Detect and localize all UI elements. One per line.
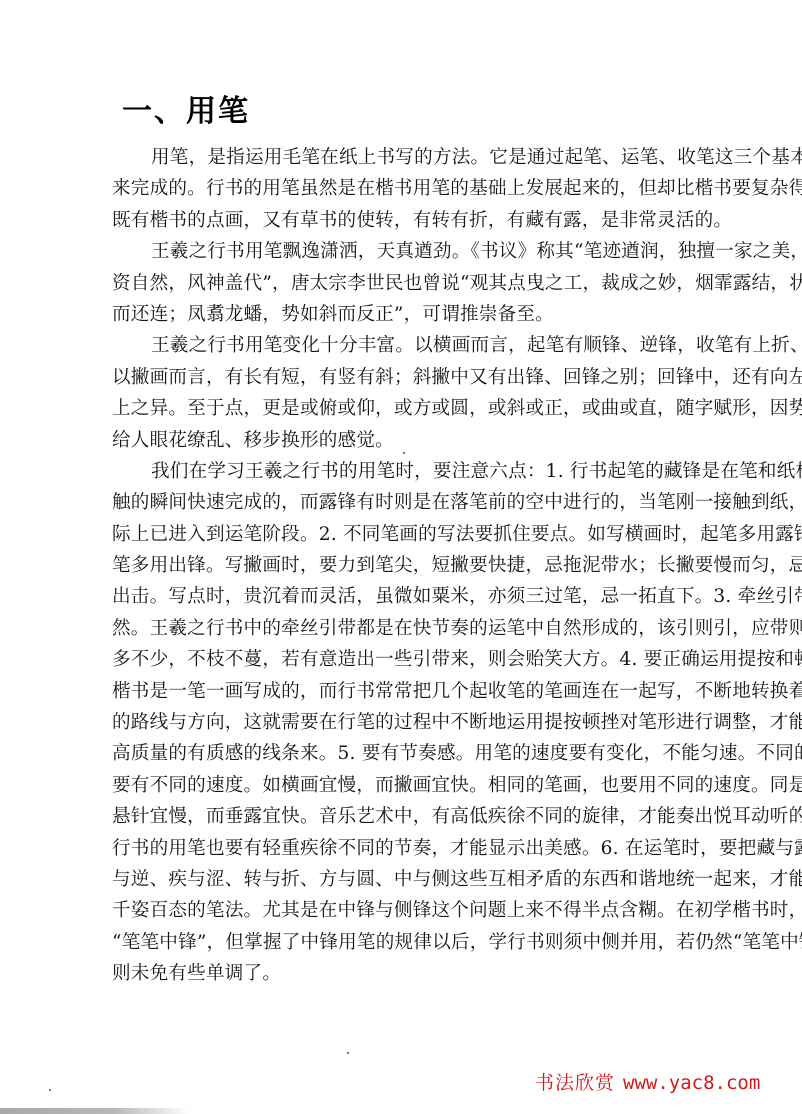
section-title: 一、用笔: [122, 86, 250, 130]
text-line: 行书的用笔也要有轻重疾徐不同的节奏，才能显示出美感。6. 在运笔时，要把藏与露、…: [112, 833, 780, 864]
text-line: 出击。写点时，贵沉着而灵活，虽微如粟米，亦须三过笔，忌一拓直下。3. 牵丝引带要…: [112, 581, 780, 612]
text-line: 际上已进入到运笔阶段。2. 不同笔画的写法要抓住要点。如写横画时，起笔多用露锋，…: [112, 519, 780, 550]
text-line: 王羲之行书用笔飘逸潇洒，天真遒劲。《书议》称其“笔迹遒润，独擅一家之美，天: [112, 236, 780, 267]
text-line: 我们在学习王羲之行书的用笔时，要注意六点：1. 行书起笔的藏锋是在笔和纸相接: [112, 456, 780, 487]
scan-speck: [214, 158, 216, 160]
text-line: 触的瞬间快速完成的，而露锋有时则是在落笔前的空中进行的，当笔刚一接触到纸，则实: [112, 487, 780, 518]
scan-edge-shadow: [0, 1108, 190, 1114]
text-line: “笔笔中锋”，但掌握了中锋用笔的规律以后，学行书则须中侧并用，若仍然“笔笔中锋”…: [112, 927, 780, 958]
text-line: 上之异。至于点，更是或俯或仰，或方或圆，或斜或正，或曲或直，随字赋形，因势变幻，: [112, 393, 780, 424]
text-line: 则未免有些单调了。: [112, 958, 780, 989]
text-line: 来完成的。行书的用笔虽然是在楷书用笔的基础上发展起来的，但却比楷书要复杂得多。它: [112, 173, 780, 204]
text-line: 以撇画而言，有长有短，有竖有斜；斜撇中又有出锋、回锋之别；回锋中，还有向左、向: [112, 362, 780, 393]
text-line: 的路线与方向，这就需要在行笔的过程中不断地运用提按顿挫对笔形进行调整，才能写出: [112, 707, 780, 738]
scan-speck: [49, 1089, 51, 1091]
text-line: 千姿百态的笔法。尤其是在中锋与侧锋这个问题上来不得半点含糊。在初学楷书时，必须: [112, 895, 780, 926]
text-line: 既有楷书的点画，又有草书的使转，有转有折，有藏有露，是非常灵活的。: [112, 205, 780, 236]
text-line: 楷书是一笔一画写成的，而行书常常把几个起收笔的笔画连在一起写，不断地转换着行笔: [112, 676, 780, 707]
text-line: 要有不同的速度。如横画宜慢，而撇画宜快。相同的笔画，也要用不同的速度。同是竖画，: [112, 770, 780, 801]
text-line: 王羲之行书用笔变化十分丰富。以横画而言，起笔有顺锋、逆锋，收笔有上折、下折。: [112, 330, 780, 361]
site-watermark: 书法欣赏www.yac8.com: [535, 1068, 760, 1095]
text-line: 悬针宜慢，而垂露宜快。音乐艺术中，有高低疾徐不同的旋律，才能奏出悦耳动听的歌曲；: [112, 801, 780, 832]
text-line: 给人眼花缭乱、移步换形的感觉。: [112, 425, 780, 456]
watermark-url: www.yac8.com: [623, 1072, 760, 1094]
scan-speck: [403, 452, 405, 454]
scanned-book-page: 一、用笔 用笔，是指运用毛笔在纸上书写的方法。它是通过起笔、运笔、收笔这三个基本…: [0, 0, 802, 1114]
watermark-label: 书法欣赏: [535, 1072, 615, 1094]
scan-speck: [347, 1052, 349, 1054]
text-line: 多不少，不枝不蔓，若有意造出一些引带来，则会贻笑大方。4. 要正确运用提按和顿挫…: [112, 644, 780, 675]
text-line: 而还连；凤翥龙蟠，势如斜而反正”，可谓推崇备至。: [112, 299, 780, 330]
text-line: 资自然，风神盖代”，唐太宗李世民也曾说“观其点曳之工，裁成之妙，烟霏露结，状若断: [112, 268, 780, 299]
text-line: 用笔，是指运用毛笔在纸上书写的方法。它是通过起笔、运笔、收笔这三个基本动作: [112, 142, 780, 173]
text-line: 与逆、疾与涩、转与折、方与圆、中与侧这些互相矛盾的东西和谐地统一起来，才能形成: [112, 864, 780, 895]
body-text: 用笔，是指运用毛笔在纸上书写的方法。它是通过起笔、运笔、收笔这三个基本动作 来完…: [112, 142, 780, 990]
text-line: 笔多用出锋。写撇画时，要力到笔尖，短撇要快捷，忌拖泥带水；长撇要慢而匀，忌半途: [112, 550, 780, 581]
text-line: 然。王羲之行书中的牵丝引带都是在快节奏的运笔中自然形成的，该引则引，应带则带，不: [112, 613, 780, 644]
text-line: 高质量的有质感的线条来。5. 要有节奏感。用笔的速度要有变化，不能匀速。不同的笔…: [112, 738, 780, 769]
